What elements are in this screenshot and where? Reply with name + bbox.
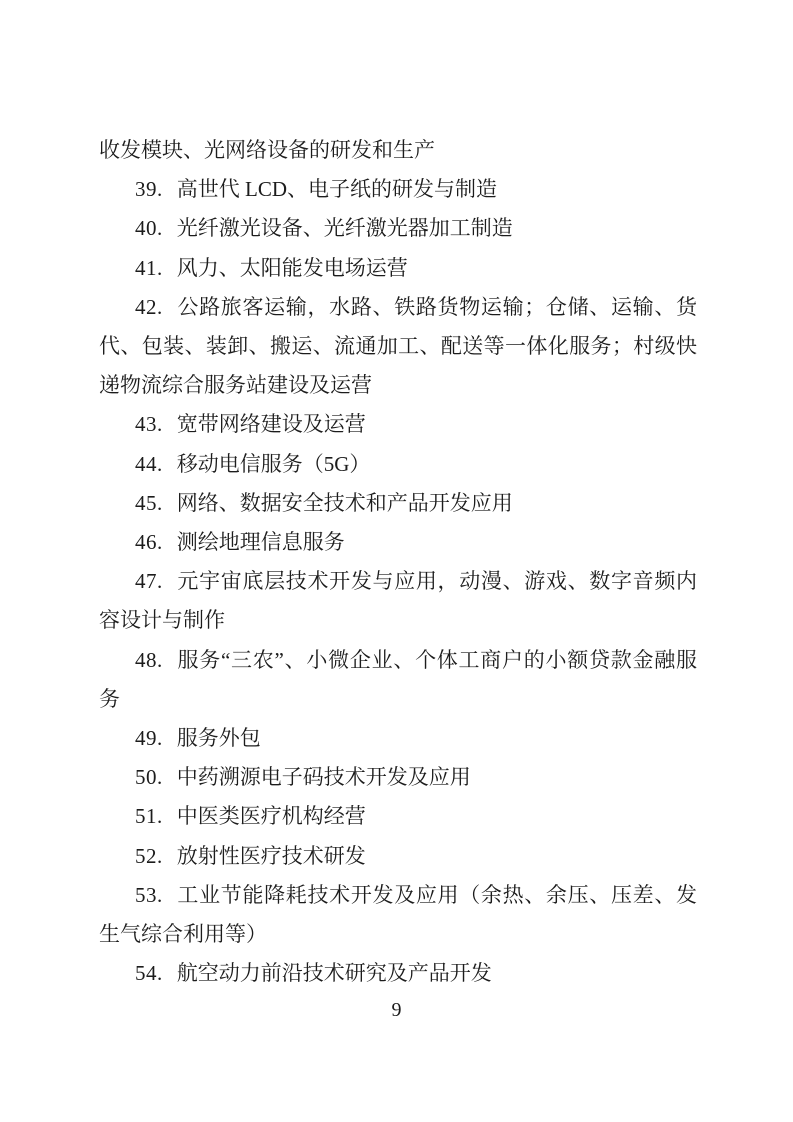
item-number: 53. <box>135 883 163 907</box>
item-text: 中药溯源电子码技术开发及应用 <box>177 765 471 789</box>
list-item-49: 49.服务外包 <box>99 719 697 758</box>
item-number: 47. <box>135 569 163 593</box>
item-text: 光纤激光设备、光纤激光器加工制造 <box>177 216 513 240</box>
list-item-45: 45.网络、数据安全技术和产品开发应用 <box>99 484 697 523</box>
list-item-39: 39.高世代 LCD、电子纸的研发与制造 <box>99 170 697 209</box>
list-item-51: 51.中医类医疗机构经营 <box>99 797 697 836</box>
item-text: 航空动力前沿技术研究及产品开发 <box>177 961 492 985</box>
document-page: 收发模块、光网络设备的研发和生产 39.高世代 LCD、电子纸的研发与制造 40… <box>0 0 793 1122</box>
list-item-47: 47.元宇宙底层技术开发与应用，动漫、游戏、数字音频内容设计与制作 <box>99 562 697 640</box>
item-text: 宽带网络建设及运营 <box>177 412 366 436</box>
item-number: 41. <box>135 256 163 280</box>
list-item-46: 46.测绘地理信息服务 <box>99 523 697 562</box>
item-number: 46. <box>135 530 163 554</box>
item-text: 服务外包 <box>177 726 261 750</box>
list-item-48: 48.服务“三农”、小微企业、个体工商户的小额贷款金融服务 <box>99 641 697 719</box>
item-number: 54. <box>135 961 163 985</box>
item-number: 45. <box>135 491 163 515</box>
item-number: 44. <box>135 452 163 476</box>
item-text: 高世代 LCD、电子纸的研发与制造 <box>177 177 497 201</box>
list-item-54: 54.航空动力前沿技术研究及产品开发 <box>99 954 697 993</box>
item-text: 公路旅客运输，水路、铁路货物运输；仓储、运输、货代、包装、装卸、搬运、流通加工、… <box>99 295 697 397</box>
list-item-41: 41.风力、太阳能发电场运营 <box>99 249 697 288</box>
list-item-52: 52.放射性医疗技术研发 <box>99 837 697 876</box>
document-body: 收发模块、光网络设备的研发和生产 39.高世代 LCD、电子纸的研发与制造 40… <box>99 131 697 993</box>
item-number: 50. <box>135 765 163 789</box>
item-number: 43. <box>135 412 163 436</box>
item-number: 48. <box>135 648 163 672</box>
item-text: 网络、数据安全技术和产品开发应用 <box>177 491 513 515</box>
item-text: 放射性医疗技术研发 <box>177 844 366 868</box>
page-number: 9 <box>0 996 793 1024</box>
list-item-53: 53.工业节能降耗技术开发及应用（余热、余压、压差、发生气综合利用等） <box>99 876 697 954</box>
item-text: 服务“三农”、小微企业、个体工商户的小额贷款金融服务 <box>99 648 697 711</box>
item-text: 元宇宙底层技术开发与应用，动漫、游戏、数字音频内容设计与制作 <box>99 569 697 632</box>
list-item-50: 50.中药溯源电子码技术开发及应用 <box>99 758 697 797</box>
list-item-42: 42.公路旅客运输，水路、铁路货物运输；仓储、运输、货代、包装、装卸、搬运、流通… <box>99 288 697 406</box>
item-number: 40. <box>135 216 163 240</box>
item-text: 中医类医疗机构经营 <box>177 804 366 828</box>
item-number: 52. <box>135 844 163 868</box>
item-number: 42. <box>135 295 163 319</box>
item-number: 49. <box>135 726 163 750</box>
item-text: 工业节能降耗技术开发及应用（余热、余压、压差、发生气综合利用等） <box>99 883 697 946</box>
list-item-43: 43.宽带网络建设及运营 <box>99 405 697 444</box>
item-text: 风力、太阳能发电场运营 <box>177 256 408 280</box>
paragraph-text: 收发模块、光网络设备的研发和生产 <box>99 138 435 162</box>
list-item-40: 40.光纤激光设备、光纤激光器加工制造 <box>99 209 697 248</box>
item-text: 测绘地理信息服务 <box>177 530 345 554</box>
item-number: 51. <box>135 804 163 828</box>
paragraph-continuation: 收发模块、光网络设备的研发和生产 <box>99 131 697 170</box>
item-number: 39. <box>135 177 163 201</box>
item-text: 移动电信服务（5G） <box>177 452 371 476</box>
list-item-44: 44.移动电信服务（5G） <box>99 445 697 484</box>
